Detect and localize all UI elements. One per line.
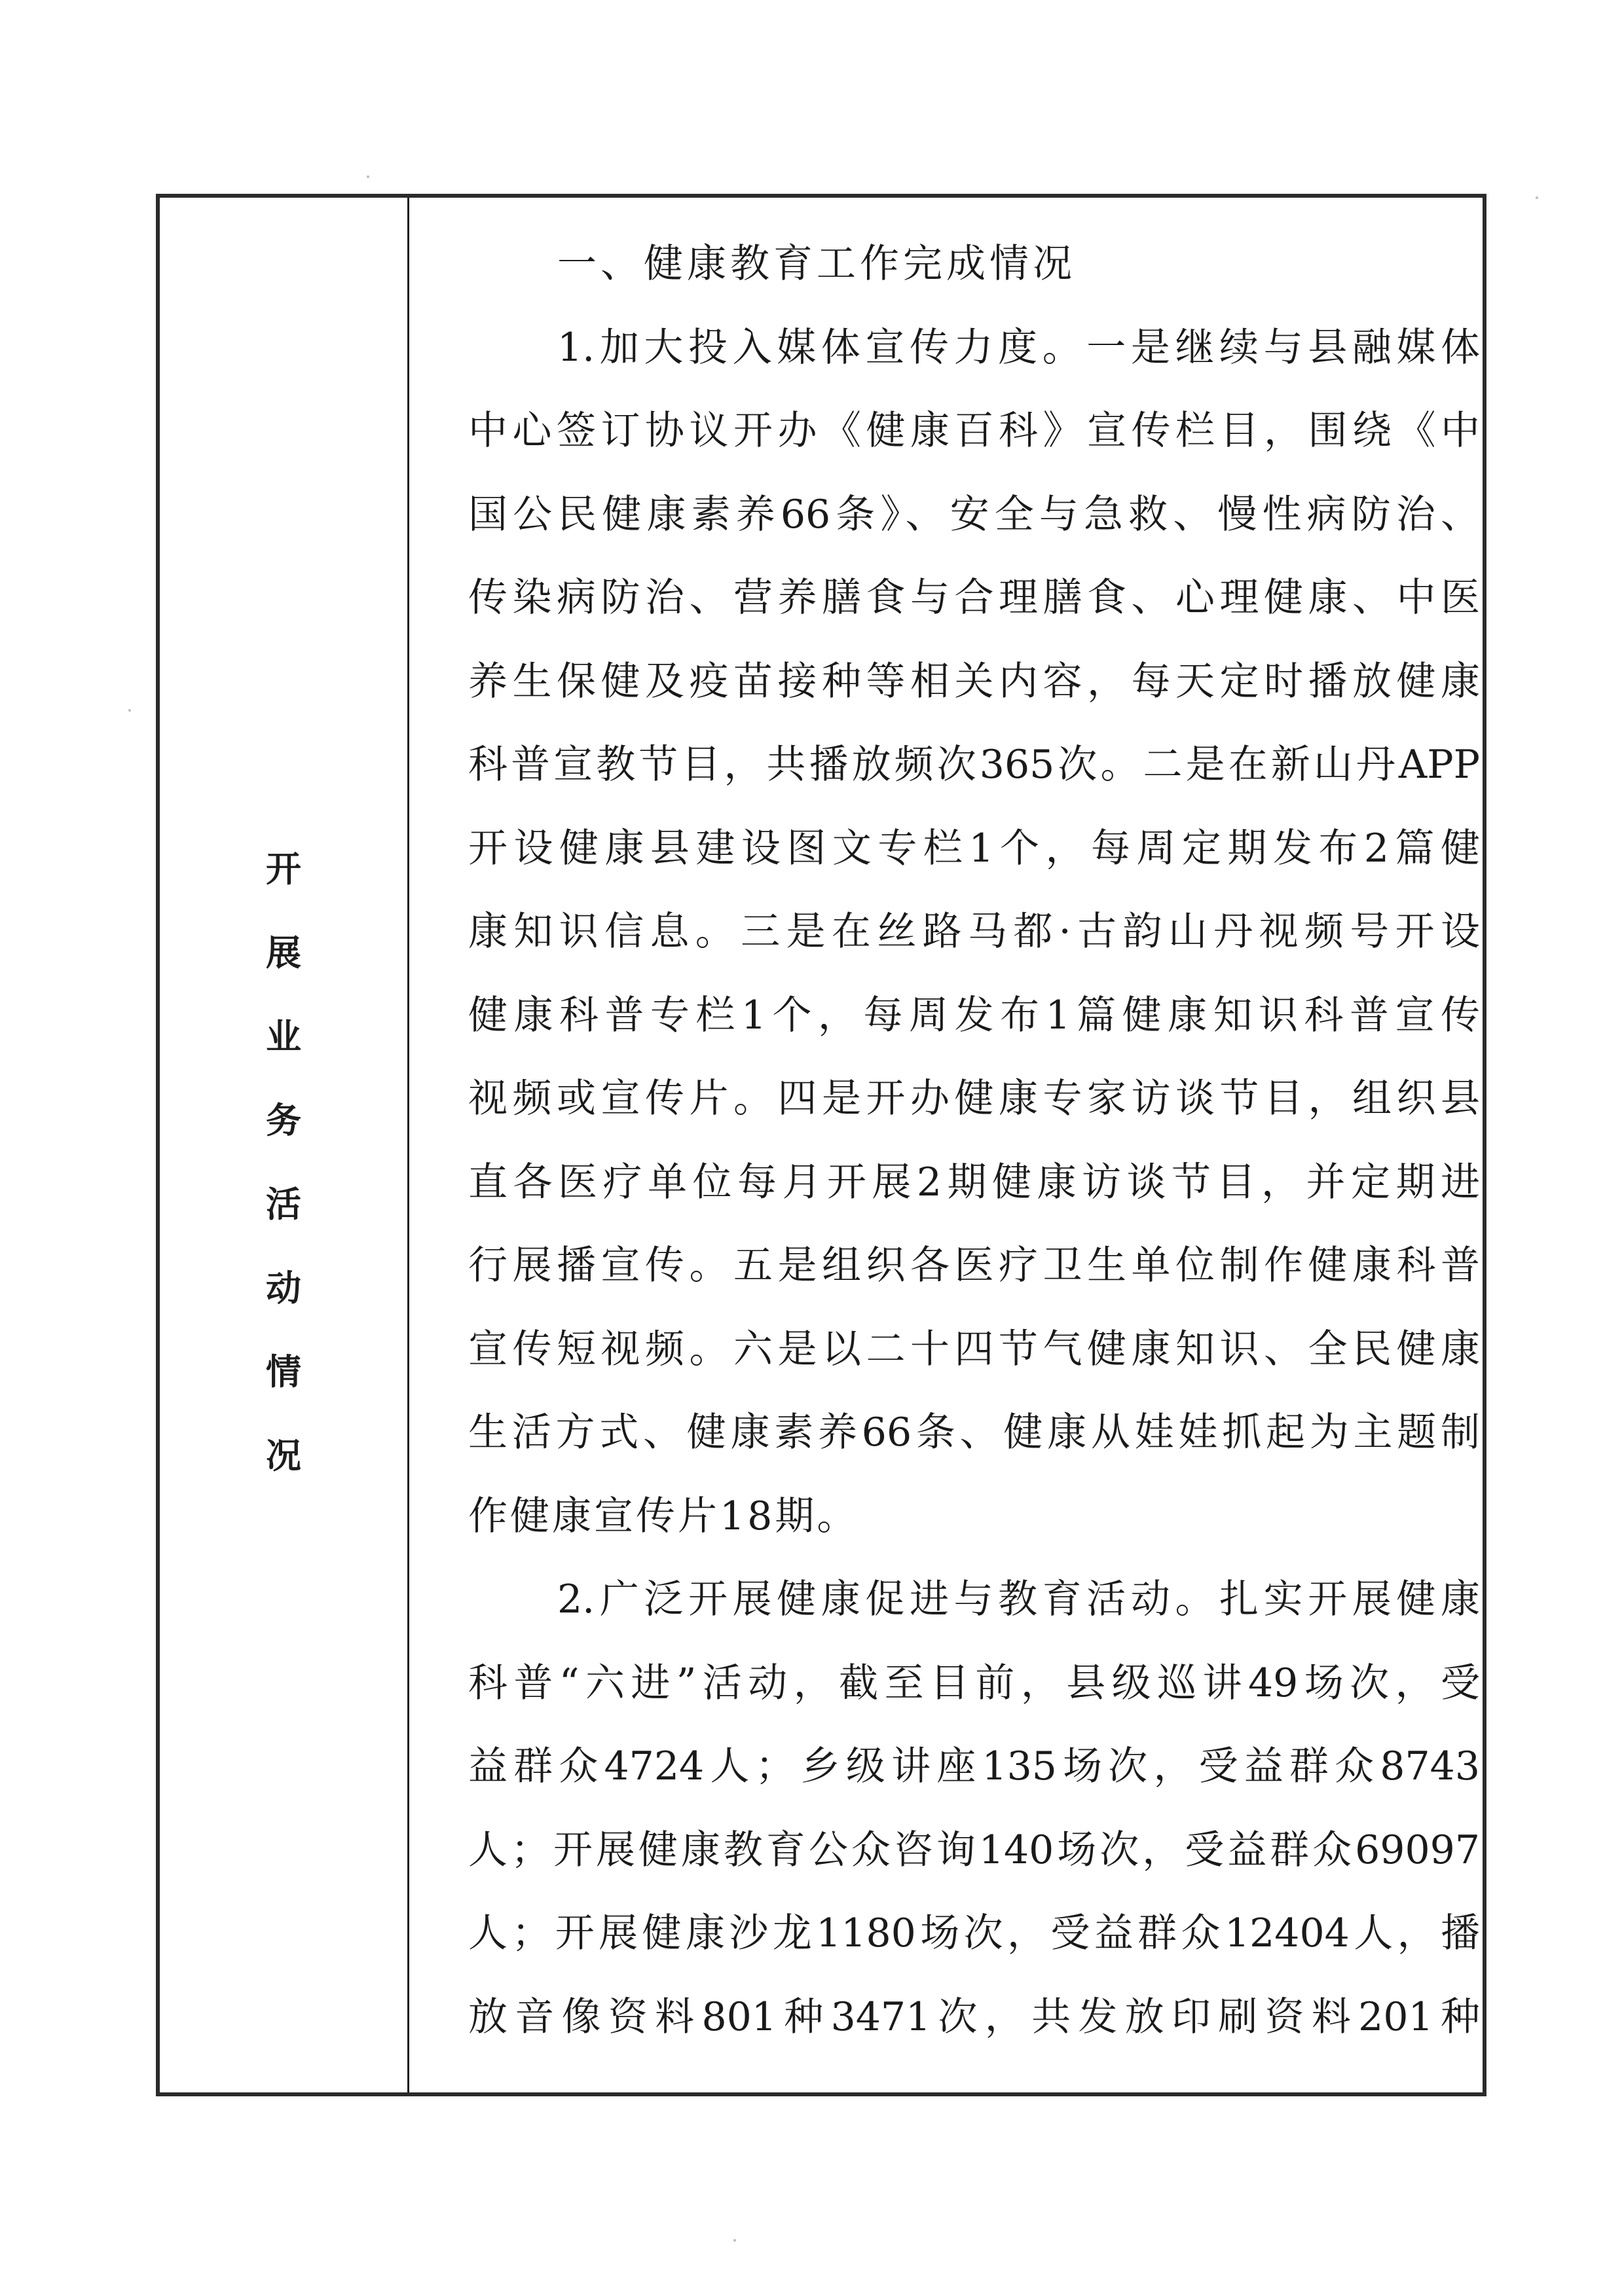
paragraph-line: 养生保健及疫苗接种等相关内容，每天定时播放健康 xyxy=(468,640,1480,724)
paragraph-line: 行展播宣传。五是组织各医疗卫生单位制作健康科普 xyxy=(468,1224,1480,1308)
paragraph-promotion-activities: 2.广泛开展健康促进与教育活动。扎实开展健康 科普“六进”活动，截至目前，县级巡… xyxy=(468,1558,1480,2059)
paragraph-line: 作健康宣传片18期。 xyxy=(468,1475,1480,1559)
paragraph-line: 人；开展健康沙龙1180场次，受益群众12404人，播 xyxy=(468,1892,1480,1976)
content-cell: 一、健康教育工作完成情况 1.加大投入媒体宣传力度。一是继续与县融媒体 中心签订… xyxy=(409,198,1483,2092)
scan-speck xyxy=(1536,196,1538,199)
paragraph-line: 科普宣教节目，共播放频次365次。二是在新山丹APP xyxy=(468,723,1480,807)
row-label-char: 动 xyxy=(266,1247,301,1330)
paragraph-line: 健康科普专栏1个，每周发布1篇健康知识科普宣传 xyxy=(468,974,1480,1058)
paragraph-line: 科普“六进”活动，截至目前，县级巡讲49场次，受 xyxy=(468,1642,1480,1726)
row-label-vertical-text: 开 展 业 务 活 动 情 况 xyxy=(160,828,407,1498)
paragraph-line: 中心签订协议开办《健康百科》宣传栏目，围绕《中 xyxy=(468,390,1480,473)
report-table: 开 展 业 务 活 动 情 况 一、健康教育工作完成情况 1.加大投入媒体宣传力… xyxy=(156,194,1486,2096)
paragraph-line: 生活方式、健康素养66条、健康从娃娃抓起为主题制 xyxy=(468,1391,1480,1475)
row-label-cell: 开 展 业 务 活 动 情 况 xyxy=(160,198,407,2092)
row-label-char: 业 xyxy=(266,995,301,1079)
paragraph-line: 1.加大投入媒体宣传力度。一是继续与县融媒体 xyxy=(468,306,1480,390)
row-label-char: 开 xyxy=(266,828,301,911)
paragraph-line: 开设健康县建设图文专栏1个，每周定期发布2篇健 xyxy=(468,807,1480,891)
scan-speck xyxy=(367,175,369,178)
section-heading: 一、健康教育工作完成情况 xyxy=(468,223,1480,306)
paragraph-line: 传染病防治、营养膳食与合理膳食、心理健康、中医 xyxy=(468,556,1480,640)
paragraph-media-publicity: 1.加大投入媒体宣传力度。一是继续与县融媒体 中心签订协议开办《健康百科》宣传栏… xyxy=(468,306,1480,1559)
row-label-char: 展 xyxy=(266,911,301,995)
paragraph-line: 2.广泛开展健康促进与教育活动。扎实开展健康 xyxy=(468,1558,1480,1642)
paragraph-line: 国公民健康素养66条》、安全与急救、慢性病防治、 xyxy=(468,473,1480,557)
document-page: 开 展 业 务 活 动 情 况 一、健康教育工作完成情况 1.加大投入媒体宣传力… xyxy=(0,0,1624,2296)
paragraph-line: 放音像资料801种3471次，共发放印刷资料201种 xyxy=(468,1976,1480,2060)
scan-speck xyxy=(128,709,131,712)
paragraph-line: 直各医疗单位每月开展2期健康访谈节目，并定期进 xyxy=(468,1141,1480,1225)
paragraph-line: 人；开展健康教育公众咨询140场次，受益群众69097 xyxy=(468,1809,1480,1893)
scan-speck xyxy=(733,2239,736,2242)
row-label-char: 活 xyxy=(266,1163,301,1247)
content-text: 一、健康教育工作完成情况 1.加大投入媒体宣传力度。一是继续与县融媒体 中心签订… xyxy=(468,223,1480,2059)
paragraph-line: 宣传短视频。六是以二十四节气健康知识、全民健康 xyxy=(468,1308,1480,1392)
row-label-char: 情 xyxy=(266,1330,301,1414)
paragraph-line: 康知识信息。三是在丝路马都·古韵山丹视频号开设 xyxy=(468,890,1480,974)
paragraph-line: 视频或宣传片。四是开办健康专家访谈节目，组织县 xyxy=(468,1057,1480,1141)
row-label-char: 况 xyxy=(266,1414,301,1498)
paragraph-line: 益群众4724人；乡级讲座135场次，受益群众8743 xyxy=(468,1725,1480,1809)
row-label-char: 务 xyxy=(266,1079,301,1163)
